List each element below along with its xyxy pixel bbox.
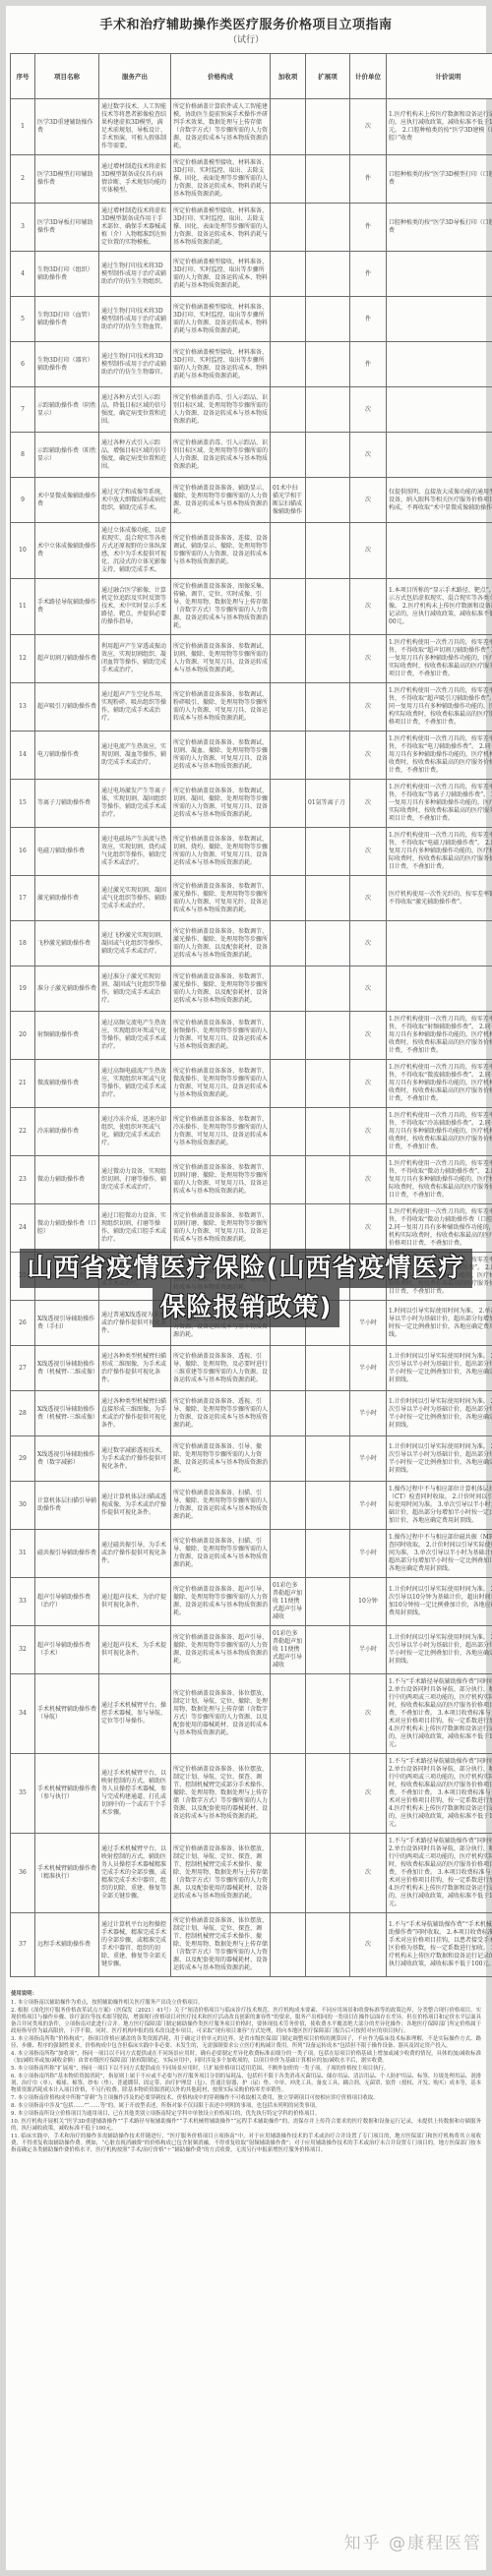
cell-surcharge xyxy=(271,252,306,297)
cell-price: 所定价格涵盖设备准备、参数调试、粉碎吸引、撤除、处理用物等步骤所需的人力资源、可… xyxy=(171,683,271,732)
cell-output: 通过微动力设备，实现组织切割、打磨等操作，辅助完成手术或治疗。 xyxy=(99,1156,171,1204)
cell-unit: 次 xyxy=(350,921,387,966)
cell-name: 医学3D重建辅助操作费 xyxy=(35,99,99,155)
table-row: 17激光辅助操作费通过激光实现切割、凝固或气化组织等操作，辅助完成手术或治疗。所… xyxy=(11,876,492,921)
table-row: 36手术机械臂辅助操作费（精准执行）通过手术机械臂平台，以映射控制的方式，辅助医… xyxy=(11,1834,492,1913)
table-row: 6生物3D打印（器官）辅助操作费通过生物打印技术将3D模型制作成用于治疗或辅助治… xyxy=(11,342,492,387)
column-header-1: 项目名称 xyxy=(35,54,99,99)
cell-extension xyxy=(306,635,350,683)
cell-name: 等离子刀辅助操作费 xyxy=(35,780,99,828)
cell-surcharge xyxy=(271,1674,306,1754)
cell-no: 22 xyxy=(11,1108,35,1156)
cell-unit: 次 xyxy=(350,966,387,1012)
cell-note: 1.不与“手术导航辅助操作费”“手术机械臂辅助操作费”同时收取。 2.本项目收费… xyxy=(387,1913,492,1977)
cell-price: 所定价格涵盖设备准备、扫描、引导、撤除、处理用物等步骤所需的人力资源、设备运转成… xyxy=(171,1482,271,1530)
cell-extension xyxy=(306,732,350,780)
overlay-caption: 山西省疫情医疗保险(山西省疫情医疗 保险报销政策) xyxy=(0,1249,492,1327)
cell-surcharge xyxy=(271,204,306,252)
cell-unit: 次 xyxy=(350,1674,387,1754)
cell-no: 8 xyxy=(11,433,35,478)
cell-surcharge xyxy=(271,1108,306,1156)
table-row: 5生物3D打印（血管）辅助操作费通过生物打印技术将3D模型制作成用于治疗或辅助治… xyxy=(11,297,492,342)
cell-surcharge xyxy=(271,1204,306,1253)
cell-extension xyxy=(306,828,350,876)
usage-notes: 使用说明： 1. 本立项指南以辅助操作为重点，按照辅助操作相关医疗服务产出设立价… xyxy=(10,1991,482,2154)
cell-note: 1.医疗机构使用一次性刀具的，按零差率销售，不得收取“超声切割刀辅助操作费” 2… xyxy=(387,635,492,683)
column-header-5: 扩展项 xyxy=(306,54,350,99)
cell-no: 1 xyxy=(11,99,35,155)
cell-extension xyxy=(306,1834,350,1913)
cell-name: 微动力辅助操作费（口腔） xyxy=(35,1204,99,1253)
cell-output: 通过生物打印技术将3D模型制作成用于治疗或辅助治疗的仿生生物血管。 xyxy=(99,297,171,342)
cell-unit: 次 xyxy=(350,635,387,683)
cell-no: 34 xyxy=(11,1674,35,1754)
cell-price: 所定价格涵盖模型接收、材料准备、3D打印、实时监控、取出等步骤所需的人力资源、设… xyxy=(171,342,271,387)
cell-surcharge xyxy=(271,1156,306,1204)
cell-name: 手术机械臂辅助操作费（参与执行） xyxy=(35,1754,99,1834)
cell-note: 1.不与“手术路径导航辅助操作费”同时收取。 2.单台设备同时具备导航、部分执行… xyxy=(387,1754,492,1834)
cell-note xyxy=(387,252,492,297)
cell-note: 1.医疗机构使用一次性刀具的，按零差率销售，不得收取“电磁刀辅助操作费”。 2.… xyxy=(387,828,492,876)
cell-extension xyxy=(306,204,350,252)
cell-extension xyxy=(306,1060,350,1108)
cell-name: 示踪辅助操作费（阴性显示） xyxy=(35,387,99,433)
cell-extension xyxy=(306,1754,350,1834)
column-header-4: 加收项 xyxy=(271,54,306,99)
cell-extension xyxy=(306,1391,350,1436)
usage-note-5: 5. 本立项指南所称“扩展项”，指同一项目下以不同方式提供或在不同场景应用时，只… xyxy=(11,2066,481,2073)
cell-price: 所定价格涵盖设备准备、参数调试、切割、凝血、撤除、处理用物等步骤所需的人力资源、… xyxy=(171,732,271,780)
cell-name: X线透视引导辅助操作费（机械臂-三维成像） xyxy=(35,1391,99,1436)
cell-unit: 次 xyxy=(350,1834,387,1913)
cell-price: 所定价格涵盖设备准备、体位摆放、制定计划、导航、定位、探查、调节、控制机械臂完成… xyxy=(171,1754,271,1834)
cell-price: 所定价格涵盖模型接收、材料准备、3D打印、实时监控、取出等步骤所需的人力资源、设… xyxy=(171,252,271,297)
cell-output: 通过融合医学影像、计算机定位追踪及实时反馈等技术，术中实时显示手术路径、靶点，并… xyxy=(99,579,171,635)
cell-note: 1.本项目所称的“显示手术路径、靶点”，其显示方式包括虚拟现实、混合现实等各类立… xyxy=(387,579,492,635)
cell-no: 12 xyxy=(11,635,35,683)
cell-no: 11 xyxy=(11,579,35,635)
cell-note xyxy=(387,966,492,1012)
cell-output: 通过立体成像功能，以虚拟现实、混合现实等各类方式还原视野的立体纵深感，术中为手术… xyxy=(99,523,171,579)
cell-price: 所定价格涵盖消毒、引入示踪品、识别目标区域、处理用物等步骤所需的人力资源、设备运… xyxy=(171,387,271,433)
cell-output: 通过电场激发产生等离子体，实现切割、凝固组织等操作，辅助完成手术或治疗。 xyxy=(99,780,171,828)
cell-unit: 次 xyxy=(350,1204,387,1253)
cell-no: 37 xyxy=(11,1913,35,1977)
cell-no: 20 xyxy=(11,1012,35,1060)
cell-note: 1.计价时间以引导实际使用时间为准。 2.单次引导以半小时为基础计价，超出部分每… xyxy=(387,1391,492,1436)
cell-price: 所定价格涵盖设备准备、参数调节、切割打磨、撤除、处理用物等步骤所需的人力资源、可… xyxy=(171,1156,271,1204)
cell-price: 所定价格涵盖设备准备、透视、引导、撤除、处理用物等步骤所需的人力资源、设备运转成… xyxy=(171,1391,271,1436)
cell-output: 通过计算机体层扫描或透视成像，为手术或治疗操作提供可视化条件。 xyxy=(99,1482,171,1530)
cell-price: 所定价格涵盖设备准备、超声引导、撤除、处理用物等步骤所需的人力资源、设备运转成本… xyxy=(171,1578,271,1626)
cell-name: 超声引导辅助操作费（手术） xyxy=(35,1626,99,1674)
table-row: 14电刀辅助操作费通过电流产生热效应，实现切割、凝血等操作，辅助完成手术或治疗。… xyxy=(11,732,492,780)
cell-surcharge: 01术中扫描光学相干断层扫描成像辅助操作 xyxy=(271,478,306,523)
cell-output: 通过冷冻介质，迅速冷却组织，使组织坏死或气化，辅助完成手术或治疗。 xyxy=(99,1108,171,1156)
cell-unit: 次 xyxy=(350,1913,387,1977)
cell-name: 微波辅助操作费 xyxy=(35,1060,99,1108)
cell-unit: 半小时 xyxy=(350,1626,387,1674)
cell-surcharge xyxy=(271,342,306,387)
table-header-row: 序号项目名称服务产出价格构成加收项扩展项计价单位计价说明 xyxy=(11,54,492,99)
cell-note xyxy=(387,921,492,966)
usage-note-7: 7. 本立项指南价格构成中所称“穿刺”为主项操作涉及的必要穿刺技术，价格构成中的… xyxy=(11,2095,481,2102)
cell-output: 通过生物打印技术将3D模型制作成用于治疗或辅助治疗的仿生生物器官。 xyxy=(99,342,171,387)
cell-price: 所定价格涵盖设备准备、图像采集、传输、调节、定位、实时成像、引导、处理用物、数据… xyxy=(171,579,271,635)
cell-unit: 次 xyxy=(350,828,387,876)
cell-price: 所定价格涵盖设备准备、体位摆放、制定计划、导航、定位、探查、调节、控制机械臂完成… xyxy=(171,1913,271,1977)
cell-name: 医学3D导板打印辅助操作费 xyxy=(35,204,99,252)
cell-output: 通过光学和成像等系统，术中放大细微结构或病灶组织，辅助完成手术。 xyxy=(99,478,171,523)
table-row: 27X线透视引导辅助操作费（机械臂-二维成像）通过各种类型机械臂扫描形成二维图像… xyxy=(11,1346,492,1391)
usage-note-9: 9. 本立项指南所设立价格项目为通用项目，已在其他类别立项指南特定学科中单独设立… xyxy=(11,2111,481,2118)
cell-unit: 半小时 xyxy=(350,1482,387,1530)
cell-surcharge xyxy=(271,780,306,828)
cell-extension xyxy=(306,1482,350,1530)
cell-output: 通过各种方式引入示踪品，增强目标区域的信号强度，确定病变位置和范围。 xyxy=(99,433,171,478)
cell-no: 6 xyxy=(11,342,35,387)
zhihu-watermark: 知乎 @康程医管 xyxy=(344,2529,482,2553)
cell-output: 通过激光实现切割、凝固或气化组织等操作，辅助完成手术或治疗。 xyxy=(99,876,171,921)
table-row: 21微波辅助操作费通过高频电磁波产生热效应，实现组织坏死或气化等操作，辅助完成手… xyxy=(11,1060,492,1108)
cell-output: 通过准分子激光实现切割、凝固或气化组织等操作，辅助完成手术或治疗。 xyxy=(99,966,171,1012)
cell-output: 通过高频交流电产生热效应，实现组织坏死或气化等操作，辅助完成手术或治疗。 xyxy=(99,1012,171,1060)
cell-surcharge xyxy=(271,828,306,876)
cell-surcharge xyxy=(271,1834,306,1913)
cell-note xyxy=(387,387,492,433)
table-row: 15等离子刀辅助操作费通过电场激发产生等离子体，实现切割、凝固组织等操作，辅助完… xyxy=(11,780,492,828)
cell-name: 计算机体层扫描引导辅助操作费 xyxy=(35,1482,99,1530)
cell-no: 30 xyxy=(11,1482,35,1530)
cell-surcharge: 01彩色多普勒超声加收 11便携式超声引导减收 xyxy=(271,1578,306,1626)
cell-unit: 次 xyxy=(350,387,387,433)
cell-unit: 次 xyxy=(350,523,387,579)
cell-unit: 半小时 xyxy=(350,1391,387,1436)
cell-price: 所定价格涵盖设备准备、引导、撤除、处理用物等步骤所需的人力资源、设备运转成本与基… xyxy=(171,1436,271,1482)
cell-no: 35 xyxy=(11,1754,35,1834)
cell-extension xyxy=(306,1108,350,1156)
cell-name: 准分子激光辅助操作费 xyxy=(35,966,99,1012)
cell-surcharge xyxy=(271,1060,306,1108)
usage-note-2: 2. 根据《深化医疗服务价格改革试点方案》（医保发〔2021〕41号）关于“厘清… xyxy=(11,2008,481,2035)
cell-name: 示踪辅助操作费（阳性显示） xyxy=(35,433,99,478)
cell-no: 28 xyxy=(11,1391,35,1436)
table-row: 37远程手术辅助操作费通过计算机平台远程操控手术器械，精准完成手术的全部步骤，或… xyxy=(11,1913,492,1977)
cell-output: 通过手术机械臂平台，操控手术器械，参与导航、定位等引导操作。 xyxy=(99,1674,171,1754)
overlay-caption-line2: 保险报销政策) xyxy=(0,1288,492,1327)
cell-unit: 次 xyxy=(350,1108,387,1156)
cell-extension xyxy=(306,478,350,523)
cell-no: 23 xyxy=(11,1156,35,1204)
cell-surcharge xyxy=(271,635,306,683)
cell-surcharge xyxy=(271,1346,306,1391)
cell-name: 飞秒激光辅助操作费 xyxy=(35,921,99,966)
cell-extension xyxy=(306,342,350,387)
cell-price: 所定价格涵盖设备准备、参数调节、激光操作、撤除、处理用物等步骤所需的人力资源、以… xyxy=(171,966,271,1012)
cell-extension xyxy=(306,155,350,204)
table-row: 13超声吸引刀辅助操作费通过超声产生空化作用，实现粉碎、吸出组织等操作，辅助完成… xyxy=(11,683,492,732)
cell-name: 磁共振引导辅助操作费 xyxy=(35,1530,99,1578)
cell-extension xyxy=(306,99,350,155)
table-row: 10术中立体成像辅助操作费通过立体成像功能，以虚拟现实、混合现实等各类方式还原视… xyxy=(11,523,492,579)
table-row: 34手术机械臂辅助操作费（导航）通过手术机械臂平台，操控手术器械，参与导航、定位… xyxy=(11,1674,492,1754)
cell-no: 14 xyxy=(11,732,35,780)
cell-price: 所定价格涵盖设备准备、参数调试、切割、烧灼、撤除、处理用物等步骤所需的人力资源、… xyxy=(171,828,271,876)
cell-price: 所定价格涵盖设备准备、体位摆放、制定计划、导航、定位、撤除、处理用物、数据处理与… xyxy=(171,1674,271,1754)
table-row: 7示踪辅助操作费（阴性显示）通过各种方式引入示踪品，降低目标区域的信号强度，确定… xyxy=(11,387,492,433)
column-header-2: 服务产出 xyxy=(99,54,171,99)
cell-name: 电磁刀辅助操作费 xyxy=(35,828,99,876)
table-row: 24微动力辅助操作费（口腔）通过口腔微动力设备，实现组织切割、打磨等操作，辅助完… xyxy=(11,1204,492,1253)
cell-extension xyxy=(306,579,350,635)
table-row: 3医学3D导板打印辅助操作费通过增材制造技术将虚拟3D模型制备成作用于手术部位、… xyxy=(11,204,492,252)
table-row: 30计算机体层扫描引导辅助操作费通过计算机体层扫描或透视成像，为手术或治疗操作提… xyxy=(11,1482,492,1530)
cell-note: 1.医疗机构使用一次性刀具的，按零差率销售，不得收取“冷冻辅助操作费”。 2.同… xyxy=(387,1108,492,1156)
cell-unit: 次 xyxy=(350,1060,387,1108)
cell-extension xyxy=(306,387,350,433)
cell-extension xyxy=(306,523,350,579)
cell-surcharge xyxy=(271,1482,306,1530)
cell-no: 2 xyxy=(11,155,35,204)
cell-name: 术中显微成像辅助操作费 xyxy=(35,478,99,523)
page-subtitle: （试行） xyxy=(10,35,482,46)
table-body: 1医学3D重建辅助操作费通过数字技术、人工智能技术等将患者影像检查结果构建虚拟3… xyxy=(11,99,492,1977)
cell-note: 口腔种植类的按“医学3D导板打印（口腔）”收费 xyxy=(387,204,492,252)
cell-name: 超声引导辅助操作费（治疗） xyxy=(35,1578,99,1626)
cell-no: 3 xyxy=(11,204,35,252)
cell-note: 1.医疗机构使用一次性刀具的，按零差率销售，不得收取“超声吸引刀辅助操作费”。 … xyxy=(387,683,492,732)
cell-extension xyxy=(306,297,350,342)
table-row: 4生物3D打印（组织）辅助操作费通过生物打印技术将3D模型制作成用于治疗或辅助治… xyxy=(11,252,492,297)
table-row: 18飞秒激光辅助操作费通过飞秒激光实现切割、凝固或气化组织等操作，辅助完成手术或… xyxy=(11,921,492,966)
cell-unit: 次 xyxy=(350,683,387,732)
cell-surcharge xyxy=(271,1012,306,1060)
cell-no: 19 xyxy=(11,966,35,1012)
cell-output: 通过增材制造技术将虚拟3D模型制备成仅具有病情诊断、手术规划功能的实体模型。 xyxy=(99,155,171,204)
usage-note-11: 11. 临床实践中，手术和治疗的操作多需辅助操作技术伴随进行，“医疗服务价格项目… xyxy=(11,2134,481,2154)
cell-unit: 件 xyxy=(350,155,387,204)
cell-output: 通过各种类型机械臂扫描形成二维图像，为手术或治疗操作提供可视化条件。 xyxy=(99,1346,171,1391)
cell-surcharge xyxy=(271,523,306,579)
cell-name: 医学3D模型打印辅助操作费 xyxy=(35,155,99,204)
cell-extension xyxy=(306,1530,350,1578)
cell-unit: 半小时 xyxy=(350,1530,387,1578)
cell-price: 所定价格涵盖设备准备、透视、引导、撤除、处理用物，及必要时进行三维重建等步骤所需… xyxy=(171,1346,271,1391)
cell-name: 生物3D打印（器官）辅助操作费 xyxy=(35,342,99,387)
cell-no: 9 xyxy=(11,478,35,523)
cell-no: 36 xyxy=(11,1834,35,1913)
cell-surcharge xyxy=(271,876,306,921)
cell-name: 射频辅助操作费 xyxy=(35,1012,99,1060)
table-row: 22冷冻辅助操作费通过冷冻介质，迅速冷却组织，使组织坏死或气化，辅助完成手术或治… xyxy=(11,1108,492,1156)
cell-extension: 01氩等离子刀 xyxy=(306,780,350,828)
cell-surcharge xyxy=(271,1530,306,1578)
cell-surcharge xyxy=(271,1436,306,1482)
cell-output: 通过各种方式引入示踪品，降低目标区域的信号强度，确定病变位置和范围。 xyxy=(99,387,171,433)
cell-no: 17 xyxy=(11,876,35,921)
cell-extension xyxy=(306,1436,350,1482)
cell-surcharge xyxy=(271,155,306,204)
cell-note: 1.医疗机构未上传医疗数据和设备运行记录的，应执行减收政策，减收标准不低于100… xyxy=(387,99,492,155)
cell-no: 10 xyxy=(11,523,35,579)
page-title: 手术和治疗辅助操作类医疗服务价格项目立项指南 xyxy=(10,18,482,32)
cell-no: 18 xyxy=(11,921,35,966)
cell-price: 所定价格涵盖设备准备、参数调试、切割、撤除、处理用物等步骤所需的人力资源、可复用… xyxy=(171,635,271,683)
usage-note-6: 6. 本立项指南所称“基本物质资源消耗”，指原则上属于不应或不必要与医疗服务项目… xyxy=(11,2074,481,2094)
cell-surcharge xyxy=(271,921,306,966)
cell-unit: 10分钟 xyxy=(350,1578,387,1626)
cell-output: 通过飞秒激光实现切割、凝固或气化组织等操作，辅助完成手术或治疗。 xyxy=(99,921,171,966)
cell-output: 通过磁共振引导，为手术或治疗操作提供可视化条件。 xyxy=(99,1530,171,1578)
cell-price: 所定价格涵盖设备准备、参数调试、切割、凝固、撤除、处理用物等步骤所需的人力资源、… xyxy=(171,780,271,828)
cell-no: 32 xyxy=(11,1626,35,1674)
cell-unit: 半小时 xyxy=(350,1346,387,1391)
cell-no: 5 xyxy=(11,297,35,342)
cell-name: 电刀辅助操作费 xyxy=(35,732,99,780)
cell-unit: 次 xyxy=(350,579,387,635)
column-header-6: 计价单位 xyxy=(350,54,387,99)
cell-unit: 件 xyxy=(350,252,387,297)
cell-price: 所定价格涵盖设备准备、辅助显示、撤除、处理用物等步骤所需的人力资源、设备运转成本… xyxy=(171,478,271,523)
usage-note-8: 8. 本立项指南中涉及“包括……”“……等”的，属于开放型表述，所指对象不仅局限… xyxy=(11,2103,481,2110)
cell-no: 7 xyxy=(11,387,35,433)
cell-price: 所定价格涵盖设备准备、参数调节、微波操作、处理用物等步骤所需的人力资源、可复用刀… xyxy=(171,1060,271,1108)
cell-price: 所定价格涵盖消毒、引入示踪品、识别目标区域、处理用物等步骤所需的人力资源、设备运… xyxy=(171,433,271,478)
table-row: 33超声引导辅助操作费（治疗）通过超声技术，为治疗提供可视化条件。所定价格涵盖设… xyxy=(11,1578,492,1626)
cell-name: 手术路径导航辅助操作费 xyxy=(35,579,99,635)
cell-extension xyxy=(306,921,350,966)
cell-unit: 次 xyxy=(350,1012,387,1060)
cell-note: 1.计价时间以引导实际使用时间为准。 2.单次引导以10分钟为基础计价，超出时间… xyxy=(387,1578,492,1626)
cell-output: 通过电流产生热效应，实现切割、凝血等操作，辅助完成手术或治疗。 xyxy=(99,732,171,780)
usage-notes-list: 1. 本立项指南以辅助操作为重点，按照辅助操作相关医疗服务产出设立价格项目。2.… xyxy=(11,2000,481,2154)
cell-note xyxy=(387,342,492,387)
usage-note-10: 10. 医疗机构开展相关“医学3D重建辅助操作”“手术路径导航辅助操作”“手术机… xyxy=(11,2119,481,2133)
cell-price: 所定价格涵盖模型接收、材料准备、3D打印、实时监控、取出、去除支撑、固化、表面处… xyxy=(171,155,271,204)
cell-unit: 次 xyxy=(350,1156,387,1204)
overlay-caption-line1: 山西省疫情医疗保险(山西省疫情医疗 xyxy=(0,1249,492,1288)
cell-note xyxy=(387,433,492,478)
cell-output: 通过数字减影透视技术，为手术或治疗操作提供可视化条件。 xyxy=(99,1436,171,1482)
table-row: 9术中显微成像辅助操作费通过光学和成像等系统，术中放大细微结构或病灶组织，辅助完… xyxy=(11,478,492,523)
cell-price: 所定价格涵盖设备准备、超声引导、撤除、处理用物等步骤所需的人力资源、设备运转成本… xyxy=(171,1626,271,1674)
cell-name: 激光辅助操作费 xyxy=(35,876,99,921)
cell-note: 1.医疗机构使用一次性刀具的，按零差率销售，不得收取“等离子刀辅助操作费”。 2… xyxy=(387,780,492,828)
cell-price: 所定价格涵盖设备准备、参数调节、射频操作、处理用物等步骤所需的人力资源、可复用刀… xyxy=(171,1012,271,1060)
cell-unit: 次 xyxy=(350,478,387,523)
cell-note: 1.操作过程中不与相应部位磁共振（MR）检查同时收取。 2.计价时间以引导实际使… xyxy=(387,1530,492,1578)
cell-output: 通过计算机平台远程操控手术器械，精准完成手术的全部步骤，或精准完成手术中器官、组… xyxy=(99,1913,171,1977)
cell-price: 所定价格涵盖计算软件或人工智能建模，协助医生提前预演手术操作并研判手术效果，数据… xyxy=(171,99,271,155)
cell-price: 所定价格涵盖设备准备、参数调节、切割打磨、撤除、处理用物等步骤所需的人力资源、可… xyxy=(171,1204,271,1253)
cell-price: 所定价格涵盖模型接收、材料准备、3D打印、实时监控、取出等步骤所需的人力资源、设… xyxy=(171,297,271,342)
cell-output: 通过手术机械臂平台，以映射控制的方式，辅助医务人员操控手术器械精准完成手术的全部… xyxy=(99,1834,171,1913)
cell-note: 1.医疗机构使用一次性刀具的，按零差率销售，不得收取“微动力辅助操作费”。 2.… xyxy=(387,1156,492,1204)
cell-surcharge xyxy=(271,1391,306,1436)
cell-name: 生物3D打印（血管）辅助操作费 xyxy=(35,297,99,342)
cell-note: 1.医疗机构使用一次性刀具的，按零差率销售，不得收取“射频辅助操作费”。 2.同… xyxy=(387,1012,492,1060)
cell-note: 1.计价时间以引导实际使用时间为准。 2.单次引导以半小时为基础计价，超出部分每… xyxy=(387,1436,492,1482)
column-header-0: 序号 xyxy=(11,54,35,99)
cell-price: 所定价格涵盖设备准备、连接、设备调试、辅助显示、撤除、处理用物等步骤所需的人力资… xyxy=(171,523,271,579)
cell-name: 手术机械臂辅助操作费（精准执行） xyxy=(35,1834,99,1913)
cell-extension xyxy=(306,1674,350,1754)
cell-name: 远程手术辅助操作费 xyxy=(35,1913,99,1977)
cell-note xyxy=(387,523,492,579)
cell-no: 21 xyxy=(11,1060,35,1108)
cell-note: 1.计价时间以引导实际使用时间为准。 2.单次引导以半小时为基础计价，超出部分每… xyxy=(387,1626,492,1674)
cell-price: 所定价格涵盖模型接收、材料准备、3D打印、实时监控、取出、去除支撑、固化、表面处… xyxy=(171,204,271,252)
cell-no: 24 xyxy=(11,1204,35,1253)
cell-unit: 次 xyxy=(350,99,387,155)
cell-extension xyxy=(306,1578,350,1626)
table-row: 1医学3D重建辅助操作费通过数字技术、人工智能技术等将患者影像检查结果构建虚拟3… xyxy=(11,99,492,155)
cell-price: 所定价格涵盖设备准备、参数调节、激光操作、撤除、处理用物等步骤所需的人力资源、可… xyxy=(171,876,271,921)
cell-extension xyxy=(306,876,350,921)
table-row: 8示踪辅助操作费（阳性显示）通过各种方式引入示踪品，增强目标区域的信号强度，确定… xyxy=(11,433,492,478)
usage-note-1: 1. 本立项指南以辅助操作为重点，按照辅助操作相关医疗服务产出设立价格项目。 xyxy=(11,2000,481,2007)
table-row: 32超声引导辅助操作费（手术）通过超声技术，为手术提供可视化条件。所定价格涵盖设… xyxy=(11,1626,492,1674)
cell-surcharge xyxy=(271,1913,306,1977)
cell-price: 所定价格涵盖设备准备、参数调节、冷冻操作、处理用物等步骤所需的人力资源、可复用刀… xyxy=(171,1108,271,1156)
cell-surcharge xyxy=(271,683,306,732)
cell-price: 所定价格涵盖设备准备、扫描、引导、撤除、处理用物等步骤所需的人力资源、设备运转成… xyxy=(171,1530,271,1578)
cell-extension xyxy=(306,1913,350,1977)
cell-output: 通过生物打印技术将3D模型制作成用于治疗或辅助治疗的仿生生物组织。 xyxy=(99,252,171,297)
cell-output: 通过增材制造技术将虚拟3D模型制备成作用于手术部位、确保手术器械或植（介）入物精… xyxy=(99,204,171,252)
usage-note-3: 3. 本立项指南所称“价格构成”，指项目价格应涵盖的各类资源消耗，用于确定计价单… xyxy=(11,2036,481,2050)
cell-price: 所定价格涵盖设备准备、参数调节、激光操作、撤除、处理用物等步骤所需的人力资源、以… xyxy=(171,921,271,966)
cell-output: 通过各种类型机械臂扫描直接形成三维图像，为手术或治疗操作提供可视化条件。 xyxy=(99,1391,171,1436)
cell-unit: 次 xyxy=(350,1754,387,1834)
cell-name: 术中立体成像辅助操作费 xyxy=(35,523,99,579)
cell-note: 1.医疗机构使用一次性刀具的，按零差率销售，不得收取“电刀辅助操作费”。 2.同… xyxy=(387,732,492,780)
usage-note-4: 4. 本立项指南所称“加收项”，指同一项目以不同方式提供或在不同场景应用时，确有… xyxy=(11,2051,481,2065)
cell-extension xyxy=(306,1204,350,1253)
cell-no: 29 xyxy=(11,1436,35,1482)
cell-name: X线透视引导辅助操作费（数字减影） xyxy=(35,1436,99,1482)
usage-notes-title: 使用说明： xyxy=(11,1991,481,1998)
table-row: 35手术机械臂辅助操作费（参与执行）通过手术机械臂平台，以映射控制的方式，辅助医… xyxy=(11,1754,492,1834)
cell-surcharge xyxy=(271,966,306,1012)
cell-unit: 件 xyxy=(350,342,387,387)
table-row: 20射频辅助操作费通过高频交流电产生热效应，实现组织坏死或气化等操作，辅助完成手… xyxy=(11,1012,492,1060)
cell-surcharge xyxy=(271,732,306,780)
cell-no: 4 xyxy=(11,252,35,297)
cell-unit: 半小时 xyxy=(350,1436,387,1482)
cell-no: 31 xyxy=(11,1530,35,1578)
cell-output: 通过口腔微动力设备，实现组织切割、打磨等操作，辅助完成口腔手术或治疗。 xyxy=(99,1204,171,1253)
cell-no: 16 xyxy=(11,828,35,876)
cell-extension xyxy=(306,966,350,1012)
cell-no: 13 xyxy=(11,683,35,732)
cell-output: 通过电磁场产生涡流与热效应，实现切割、烧灼或气化组织等操作，辅助完成手术或治疗。 xyxy=(99,828,171,876)
table-row: 28X线透视引导辅助操作费（机械臂-三维成像）通过各种类型机械臂扫描直接形成三维… xyxy=(11,1391,492,1436)
cell-name: X线透视引导辅助操作费（机械臂-二维成像） xyxy=(35,1346,99,1391)
cell-unit: 次 xyxy=(350,780,387,828)
cell-name: 超声切割刀辅助操作费 xyxy=(35,635,99,683)
cell-surcharge xyxy=(271,387,306,433)
cell-price: 所定价格涵盖设备准备、体位摆放、制定计划、导航、定位、探查、调节、控制机械臂完成… xyxy=(171,1834,271,1913)
cell-output: 通过超声技术，为治疗提供可视化条件。 xyxy=(99,1578,171,1626)
cell-surcharge xyxy=(271,433,306,478)
table-row: 11手术路径导航辅助操作费通过融合医学影像、计算机定位追踪及实时反馈等技术，术中… xyxy=(11,579,492,635)
table-row: 23微动力辅助操作费通过微动力设备，实现组织切割、打磨等操作，辅助完成手术或治疗… xyxy=(11,1156,492,1204)
cell-output: 通过数字技术、人工智能技术等将患者影像检查结果构建虚拟3D模型，满足术前规划、导… xyxy=(99,99,171,155)
cell-surcharge xyxy=(271,99,306,155)
price-guide-table: 序号项目名称服务产出价格构成加收项扩展项计价单位计价说明 1医学3D重建辅助操作… xyxy=(10,53,492,1977)
cell-extension xyxy=(306,1346,350,1391)
